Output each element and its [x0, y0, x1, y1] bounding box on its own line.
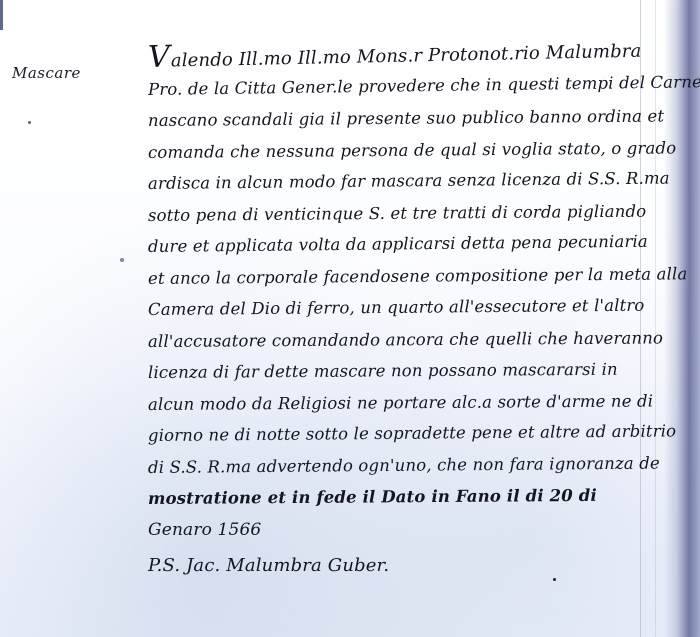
- line-text: giorno ne di notte sotto le sopradette p…: [148, 421, 676, 445]
- ink-dot: [120, 258, 124, 262]
- manuscript-line-10: all'accusatore comandando ancora che que…: [148, 322, 678, 357]
- line-text: licenza di far dette mascare non possano…: [148, 360, 618, 382]
- line-text: di S.S. R.ma advertendo ogn'uno, che non…: [148, 453, 660, 476]
- margin-note: Mascare: [12, 64, 81, 82]
- manuscript-line-9: Camera del Dio di ferro, un quarto all'e…: [148, 289, 678, 325]
- line-text: ardisca in alcun modo far mascara senza …: [148, 169, 670, 193]
- signature-text: P.S. Jac. Malumbra Guber.: [148, 555, 389, 576]
- line-text: comanda che nessuna persona de qual si v…: [148, 138, 676, 162]
- manuscript-line-3: nascano scandali gia il presente suo pub…: [148, 100, 678, 136]
- manuscript-date-line: Genaro 1566: [148, 515, 678, 547]
- page-edge-mark: [0, 0, 3, 30]
- manuscript-line-7: dure et applicata volta da applicarsi de…: [148, 225, 678, 262]
- manuscript-line-11: licenza di far dette mascare non possano…: [148, 353, 678, 388]
- manuscript-line-15: mostratione et in fede il Dato in Fano i…: [148, 479, 678, 514]
- line-text: alcun modo da Religiosi ne portare alc.a…: [148, 391, 653, 414]
- manuscript-signature: P.S. Jac. Malumbra Guber.: [148, 550, 678, 582]
- line-text: all'accusatore comandando ancora che que…: [148, 328, 663, 351]
- line-text: et anco la corporale facendosene composi…: [148, 264, 688, 288]
- decorated-initial: V: [148, 40, 171, 75]
- line-text: sotto pena di venticinque S. et tre trat…: [148, 201, 646, 224]
- line-text: mostratione et in fede il Dato in Fano i…: [148, 486, 597, 508]
- manuscript-line-2: Pro. de la Citta Gener.le provedere che …: [148, 66, 678, 105]
- manuscript-page: Mascare Valendo Ill.mo Ill.mo Mons.r Pro…: [0, 0, 700, 637]
- line-text: Camera del Dio di ferro, un quarto all'e…: [148, 296, 645, 319]
- manuscript-line-14: di S.S. R.ma advertendo ogn'uno, che non…: [148, 447, 678, 483]
- manuscript-line-12: alcun modo da Religiosi ne portare alc.a…: [148, 385, 678, 420]
- line-text: alendo Ill.mo Ill.mo Mons.r Protonot.rio…: [171, 41, 642, 72]
- line-text: Pro. de la Citta Gener.le provedere che …: [148, 71, 700, 98]
- manuscript-line-8: et anco la corporale facendosene composi…: [148, 258, 678, 294]
- manuscript-line-5: ardisca in alcun modo far mascara senza …: [148, 162, 678, 199]
- ink-dot: [28, 121, 31, 124]
- line-text: nascano scandali gia il presente suo pub…: [148, 106, 664, 130]
- manuscript-line-13: giorno ne di notte sotto le sopradette p…: [148, 415, 678, 451]
- manuscript-body: Valendo Ill.mo Ill.mo Mons.r Protonot.ri…: [148, 42, 678, 582]
- line-text: dure et applicata volta da applicarsi de…: [148, 232, 648, 256]
- date-text: Genaro 1566: [148, 520, 261, 540]
